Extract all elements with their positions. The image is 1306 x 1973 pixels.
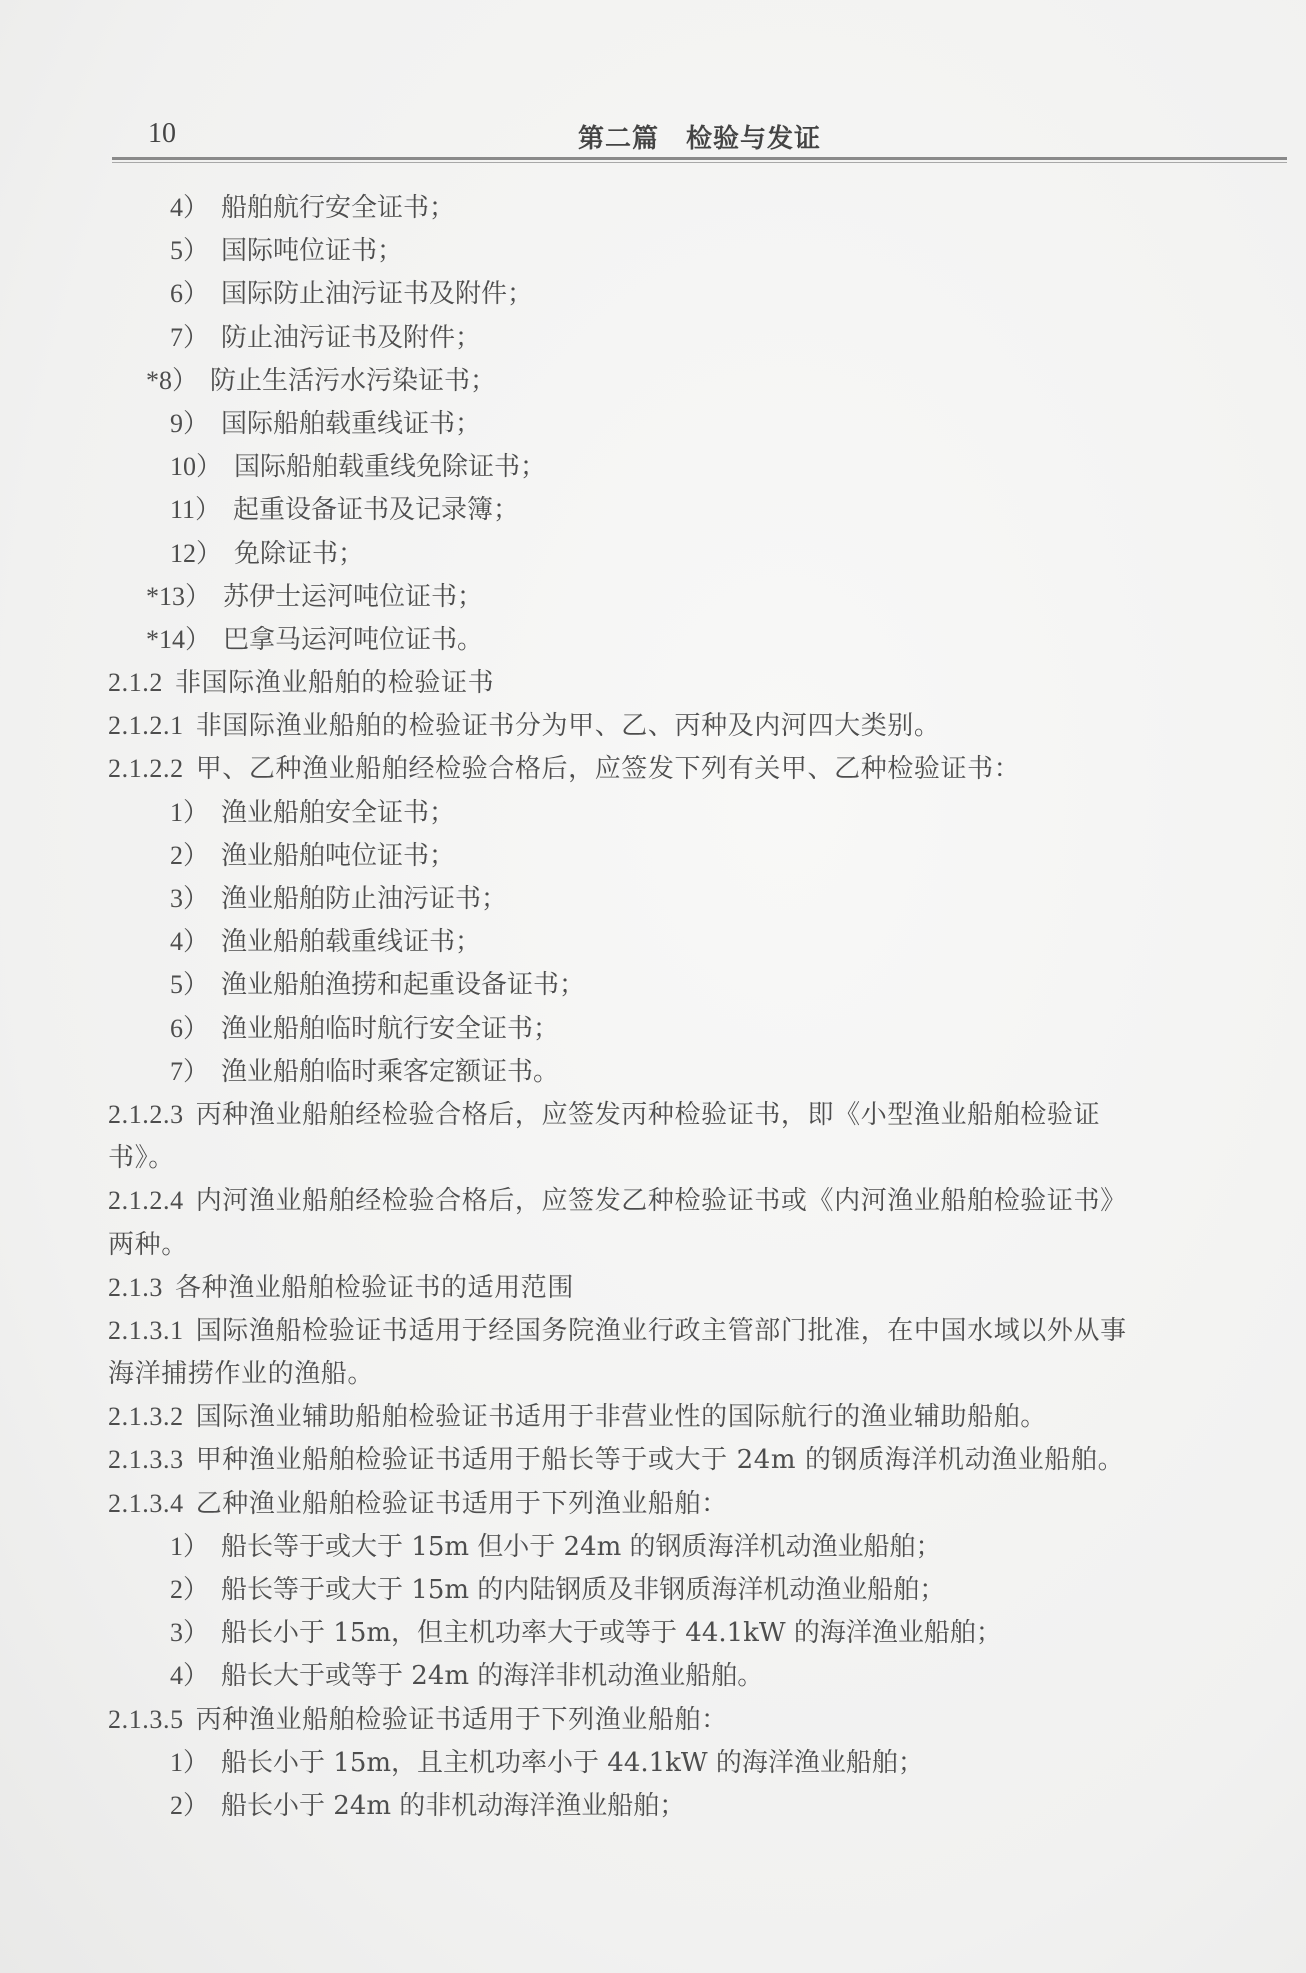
item-number: 2.1.2.1 [108, 711, 184, 740]
item-text: 渔业船舶载重线证书； [221, 927, 481, 957]
item-text: 国际船舶载重线证书； [221, 409, 481, 439]
list-item: 3）渔业船舶防止油污证书； [108, 877, 1288, 920]
list-item: 4）船长大于或等于 24m 的海洋非机动渔业船舶。 [108, 1654, 1288, 1697]
item-number: 2.1.3.1 [108, 1316, 184, 1345]
item-number: 11） [170, 495, 221, 524]
item-number: 7） [170, 323, 209, 352]
list-item: 9）国际船舶载重线证书； [108, 402, 1288, 445]
item-text: 丙种渔业船舶经检验合格后，应签发丙种检验证书，即《小型渔业船舶检验证 [196, 1100, 1100, 1130]
item-text: 书》。 [108, 1143, 175, 1173]
item-number: 2） [170, 1575, 209, 1604]
item-text: 非国际渔业船舶的检验证书 [175, 668, 494, 698]
list-item: 6）国际防止油污证书及附件； [108, 272, 1288, 315]
item-number: 2） [170, 1791, 209, 1820]
item-text: 起重设备证书及记录簿； [233, 495, 519, 525]
section-paragraph: 2.1.3.3甲种渔业船舶检验证书适用于船长等于或大于 24m 的钢质海洋机动渔… [108, 1438, 1288, 1481]
item-number: 5） [170, 236, 209, 265]
list-item: 1）渔业船舶安全证书； [108, 791, 1288, 834]
item-text: 渔业船舶渔捞和起重设备证书； [221, 970, 585, 1000]
item-text: 国际防止油污证书及附件； [221, 279, 533, 309]
item-number: 1） [170, 1532, 209, 1561]
item-text: 免除证书； [234, 539, 364, 569]
list-item: 1）船长小于 15m，且主机功率小于 44.1kW 的海洋渔业船舶； [108, 1741, 1288, 1784]
item-text: 船长大于或等于 24m 的海洋非机动渔业船舶。 [221, 1661, 763, 1691]
item-number: 2.1.2.4 [108, 1186, 184, 1215]
item-text: 国际渔船检验证书适用于经国务院渔业行政主管部门批准，在中国水域以外从事 [196, 1316, 1127, 1346]
list-item: 海洋捕捞作业的渔船。 [108, 1352, 1288, 1395]
list-item: 书》。 [108, 1136, 1288, 1179]
section-paragraph: 2.1.2.2甲、乙种渔业船舶经检验合格后，应签发下列有关甲、乙种检验证书： [108, 747, 1288, 790]
item-text: 苏伊士运河吨位证书； [223, 582, 483, 612]
item-text: 船长等于或大于 15m 但小于 24m 的钢质海洋机动渔业船舶； [221, 1532, 942, 1562]
item-number: 2.1.3.3 [108, 1445, 184, 1474]
item-number: 10） [170, 452, 222, 481]
item-number: 2.1.3 [108, 1273, 163, 1302]
item-number: 2） [170, 841, 209, 870]
item-number: 2.1.3.4 [108, 1489, 184, 1518]
list-item: 2）船长小于 24m 的非机动海洋渔业船舶； [108, 1784, 1288, 1827]
item-number: 2.1.3.5 [108, 1705, 184, 1734]
item-number: 3） [170, 1618, 209, 1647]
item-number: 4） [170, 193, 209, 222]
item-number: *14） [146, 625, 211, 654]
item-text: 渔业船舶临时乘客定额证书。 [221, 1057, 559, 1087]
section-paragraph: 2.1.3.5丙种渔业船舶检验证书适用于下列渔业船舶： [108, 1698, 1288, 1741]
item-number: 2.1.2.2 [108, 754, 184, 783]
list-item: 5）国际吨位证书； [108, 229, 1288, 272]
item-number: 1） [170, 1748, 209, 1777]
item-text: 船长等于或大于 15m 的内陆钢质及非钢质海洋机动渔业船舶； [221, 1575, 945, 1605]
item-text: 船长小于 24m 的非机动海洋渔业船舶； [221, 1791, 685, 1821]
item-number: 12） [170, 539, 222, 568]
list-item: 6）渔业船舶临时航行安全证书； [108, 1007, 1288, 1050]
item-text: 各种渔业船舶检验证书的适用范围 [175, 1273, 574, 1303]
list-item: 3）船长小于 15m，但主机功率大于或等于 44.1kW 的海洋渔业船舶； [108, 1611, 1288, 1654]
item-text: 甲种渔业船舶检验证书适用于船长等于或大于 24m 的钢质海洋机动渔业船舶。 [196, 1445, 1124, 1475]
page-header: 10 第二篇 检验与发证 [112, 112, 1287, 160]
item-text: 两种。 [108, 1230, 188, 1260]
header-rule-thin [112, 162, 1287, 163]
list-item: *8）防止生活污水污染证书； [108, 359, 1288, 402]
page-body: 4）船舶航行安全证书；5）国际吨位证书；6）国际防止油污证书及附件；7）防止油污… [108, 186, 1288, 1827]
item-text: 渔业船舶吨位证书； [221, 841, 455, 871]
section-paragraph: 2.1.3各种渔业船舶检验证书的适用范围 [108, 1266, 1288, 1309]
list-item: *13）苏伊士运河吨位证书； [108, 575, 1288, 618]
item-number: 2.1.2.3 [108, 1100, 184, 1129]
item-number: 6） [170, 279, 209, 308]
list-item: 2）渔业船舶吨位证书； [108, 834, 1288, 877]
item-text: 国际船舶载重线免除证书； [234, 452, 546, 482]
item-text: 海洋捕捞作业的渔船。 [108, 1359, 374, 1389]
item-text: 船长小于 15m，但主机功率大于或等于 44.1kW 的海洋渔业船舶； [221, 1618, 1002, 1648]
item-number: 1） [170, 798, 209, 827]
section-paragraph: 2.1.2.4内河渔业船舶经检验合格后，应签发乙种检验证书或《内河渔业船舶检验证… [108, 1179, 1288, 1222]
list-item: 4）船舶航行安全证书； [108, 186, 1288, 229]
item-text: 国际吨位证书； [221, 236, 403, 266]
item-text: 渔业船舶防止油污证书； [221, 884, 507, 914]
item-number: 7） [170, 1057, 209, 1086]
item-number: 6） [170, 1014, 209, 1043]
list-item: *14）巴拿马运河吨位证书。 [108, 618, 1288, 661]
item-text: 船舶航行安全证书； [221, 193, 455, 223]
item-text: 国际渔业辅助船舶检验证书适用于非营业性的国际航行的渔业辅助船舶。 [196, 1402, 1047, 1432]
item-number: 3） [170, 884, 209, 913]
item-number: *8） [146, 366, 198, 395]
header-rule [112, 157, 1287, 160]
list-item: 5）渔业船舶渔捞和起重设备证书； [108, 963, 1288, 1006]
running-title: 第二篇 检验与发证 [112, 118, 1287, 155]
list-item: 11）起重设备证书及记录簿； [108, 488, 1288, 531]
item-text: 船长小于 15m，且主机功率小于 44.1kW 的海洋渔业船舶； [221, 1748, 924, 1778]
item-number: 4） [170, 927, 209, 956]
list-item: 4）渔业船舶载重线证书； [108, 920, 1288, 963]
list-item: 1）船长等于或大于 15m 但小于 24m 的钢质海洋机动渔业船舶； [108, 1525, 1288, 1568]
list-item: 2）船长等于或大于 15m 的内陆钢质及非钢质海洋机动渔业船舶； [108, 1568, 1288, 1611]
item-text: 甲、乙种渔业船舶经检验合格后，应签发下列有关甲、乙种检验证书： [196, 754, 1021, 784]
item-text: 渔业船舶临时航行安全证书； [221, 1014, 559, 1044]
list-item: 7）渔业船舶临时乘客定额证书。 [108, 1050, 1288, 1093]
item-text: 丙种渔业船舶检验证书适用于下列渔业船舶： [196, 1705, 728, 1735]
section-paragraph: 2.1.2.3丙种渔业船舶经检验合格后，应签发丙种检验证书，即《小型渔业船舶检验… [108, 1093, 1288, 1136]
item-number: 2.1.3.2 [108, 1402, 184, 1431]
item-number: *13） [146, 582, 211, 611]
item-text: 渔业船舶安全证书； [221, 798, 455, 828]
section-paragraph: 2.1.3.2国际渔业辅助船舶检验证书适用于非营业性的国际航行的渔业辅助船舶。 [108, 1395, 1288, 1438]
item-number: 2.1.2 [108, 668, 163, 697]
list-item: 7）防止油污证书及附件； [108, 316, 1288, 359]
section-paragraph: 2.1.3.1国际渔船检验证书适用于经国务院渔业行政主管部门批准，在中国水域以外… [108, 1309, 1288, 1352]
item-text: 乙种渔业船舶检验证书适用于下列渔业船舶： [196, 1489, 728, 1519]
section-paragraph: 2.1.2非国际渔业船舶的检验证书 [108, 661, 1288, 704]
item-text: 巴拿马运河吨位证书。 [223, 625, 483, 655]
section-paragraph: 2.1.3.4乙种渔业船舶检验证书适用于下列渔业船舶： [108, 1482, 1288, 1525]
item-number: 4） [170, 1661, 209, 1690]
item-text: 非国际渔业船舶的检验证书分为甲、乙、丙种及内河四大类别。 [196, 711, 941, 741]
item-text: 内河渔业船舶经检验合格后，应签发乙种检验证书或《内河渔业船舶检验证书》 [196, 1186, 1127, 1216]
list-item: 12）免除证书； [108, 532, 1288, 575]
item-number: 9） [170, 409, 209, 438]
list-item: 两种。 [108, 1223, 1288, 1266]
list-item: 10）国际船舶载重线免除证书； [108, 445, 1288, 488]
item-text: 防止生活污水污染证书； [210, 366, 496, 396]
section-paragraph: 2.1.2.1非国际渔业船舶的检验证书分为甲、乙、丙种及内河四大类别。 [108, 704, 1288, 747]
item-text: 防止油污证书及附件； [221, 323, 481, 353]
book-page: 10 第二篇 检验与发证 4）船舶航行安全证书；5）国际吨位证书；6）国际防止油… [0, 0, 1306, 1973]
item-number: 5） [170, 970, 209, 999]
